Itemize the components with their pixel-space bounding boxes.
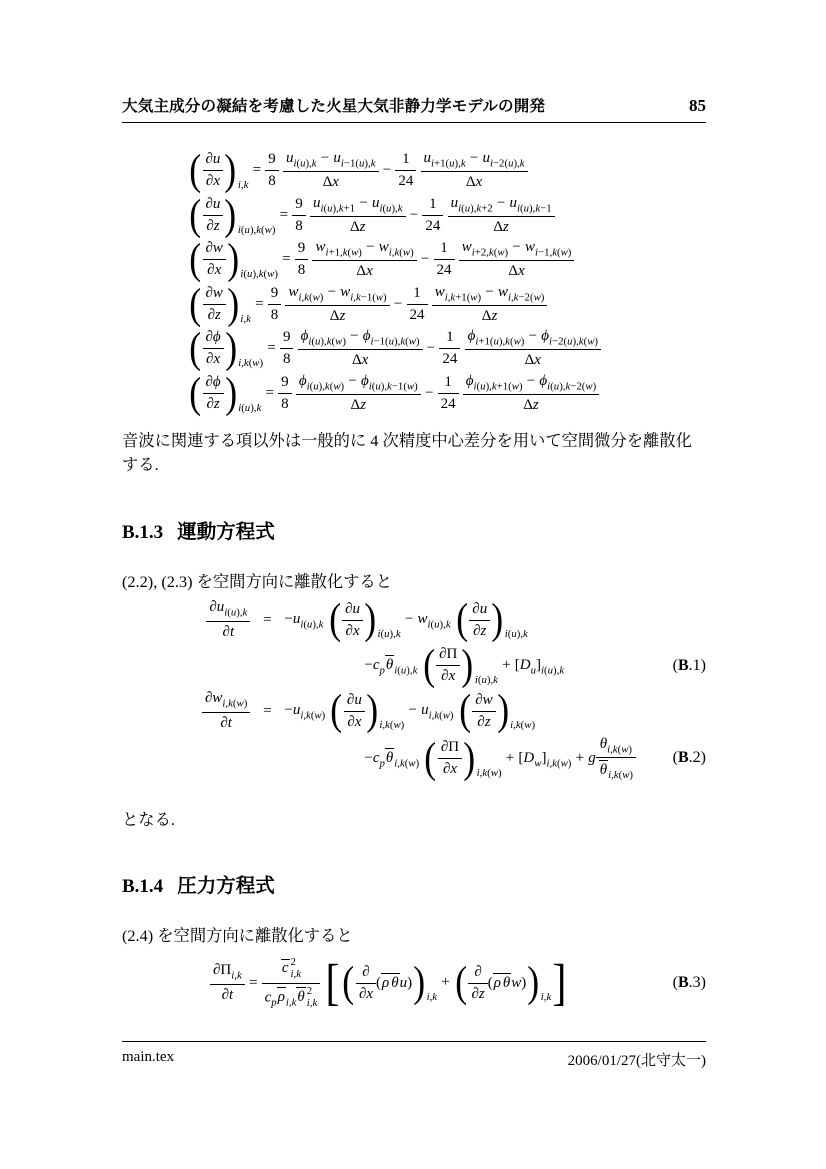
eq-b2-rel: = (263, 703, 271, 720)
eq-b2-lhs: ∂wi,k(w)∂t (202, 689, 250, 732)
eq-b1-rel: = (263, 612, 271, 629)
equation-b3: ∂Πi,k∂t=c2i,kcpρi,kθ2i,k[(∂∂x(ρθu))i,k+(… (210, 956, 706, 1011)
page-footer: main.tex 2006/01/27(北守太一) (122, 1041, 706, 1070)
eqnum-letter: B (678, 749, 689, 766)
section-title: 運動方程式 (177, 516, 275, 544)
eq-b2-number: (B.2) (673, 749, 706, 767)
eq-b1-lhs: ∂ui(u),k∂t (206, 598, 250, 641)
section-number: B.1.3 (122, 522, 163, 544)
eq-b3-number: (B.3) (673, 974, 706, 992)
eqnum-rest: .1) (689, 657, 706, 674)
document-page: 大気主成分の凝結を考慮した火星大気非静力学モデルの開発 85 (∂u∂x)i,k… (0, 0, 826, 1169)
eq-b2-rhs1: −ui,k(w)(∂u∂x)i,k(w)−ui,k(w)(∂w∂z)i,k(w) (284, 689, 535, 733)
paragraph-lead-b14: (2.4) を空間方向に離散化すると (122, 922, 706, 946)
eq-b1-rhs2: −cpθi(u),k(∂Π∂x)i(u),k+[Du]i(u),k (364, 644, 564, 688)
page-number: 85 (689, 96, 706, 116)
eqnum-letter: B (678, 657, 689, 674)
eq-b2-rhs2: −cpθi,k(w)(∂Π∂x)i,k(w)+[Dw]i,k(w)+gθi,k(… (364, 735, 636, 782)
eqnum-rest: .3) (689, 974, 706, 991)
eq-dudx: (∂u∂x)i,k=98ui(u),k−ui−1(u),kΔx−124ui+1(… (188, 149, 706, 193)
eqnum-rest: .2) (689, 749, 706, 766)
eq-b3-body: ∂Πi,k∂t=c2i,kcpρi,kθ2i,k[(∂∂x(ρθu))i,k+(… (210, 956, 568, 1011)
section-heading-b13: B.1.3 運動方程式 (122, 516, 706, 544)
eq-b1-number: (B.1) (673, 657, 706, 675)
eq-dwdx: (∂w∂x)i(u),k(w)=98wi+1,k(w)−wi,k(w)Δx−12… (188, 238, 706, 282)
paragraph-lead-b13: (2.2), (2.3) を空間方向に離散化すると (122, 568, 706, 592)
section-title: 圧力方程式 (177, 870, 275, 898)
eq-b1-rhs1: −ui(u),k(∂u∂x)i(u),k−wi(u),k(∂u∂z)i(u),k (284, 598, 527, 642)
eq-dudz: (∂u∂z)i(u),k(w)=98ui(u),k+1−ui(u),kΔz−12… (188, 194, 706, 238)
footer-date-author: 2006/01/27(北守太一) (568, 1049, 706, 1070)
difference-equations-block: (∂u∂x)i,k=98ui(u),k−ui−1(u),kΔx−124ui+1(… (122, 149, 706, 415)
eq-dphidz: (∂ϕ∂z)i(u),k=98ϕi(u),k(w)−ϕi(u),k−1(w)Δz… (188, 372, 706, 416)
running-header: 大気主成分の凝結を考慮した火星大気非静力学モデルの開発 85 (122, 94, 706, 123)
footer-filename: main.tex (122, 1049, 174, 1070)
equations-b1-b2: ∂ui(u),k∂t = −ui(u),k(∂u∂x)i(u),k−wi(u),… (202, 598, 706, 782)
section-number: B.1.4 (122, 876, 163, 898)
text-block: 大気主成分の凝結を考慮した火星大気非静力学モデルの開発 85 (∂u∂x)i,k… (122, 0, 706, 1010)
eqnum-letter: B (678, 974, 689, 991)
eq-dphidx: (∂ϕ∂x)i,k(w)=98ϕi(u),k(w)−ϕi−1(u),k(w)Δx… (188, 327, 706, 371)
document-title: 大気主成分の凝結を考慮した火星大気非静力学モデルの開発 (122, 94, 545, 116)
eq-dwdz: (∂w∂z)i,k=98wi,k(w)−wi,k−1(w)Δz−124wi,k+… (188, 283, 706, 327)
paragraph-to-naru: となる. (122, 806, 706, 830)
section-heading-b14: B.1.4 圧力方程式 (122, 870, 706, 898)
paragraph-discretization-note: 音波に関連する項以外は一般的に 4 次精度中心差分を用いて空間微分を離散化する. (122, 429, 706, 476)
